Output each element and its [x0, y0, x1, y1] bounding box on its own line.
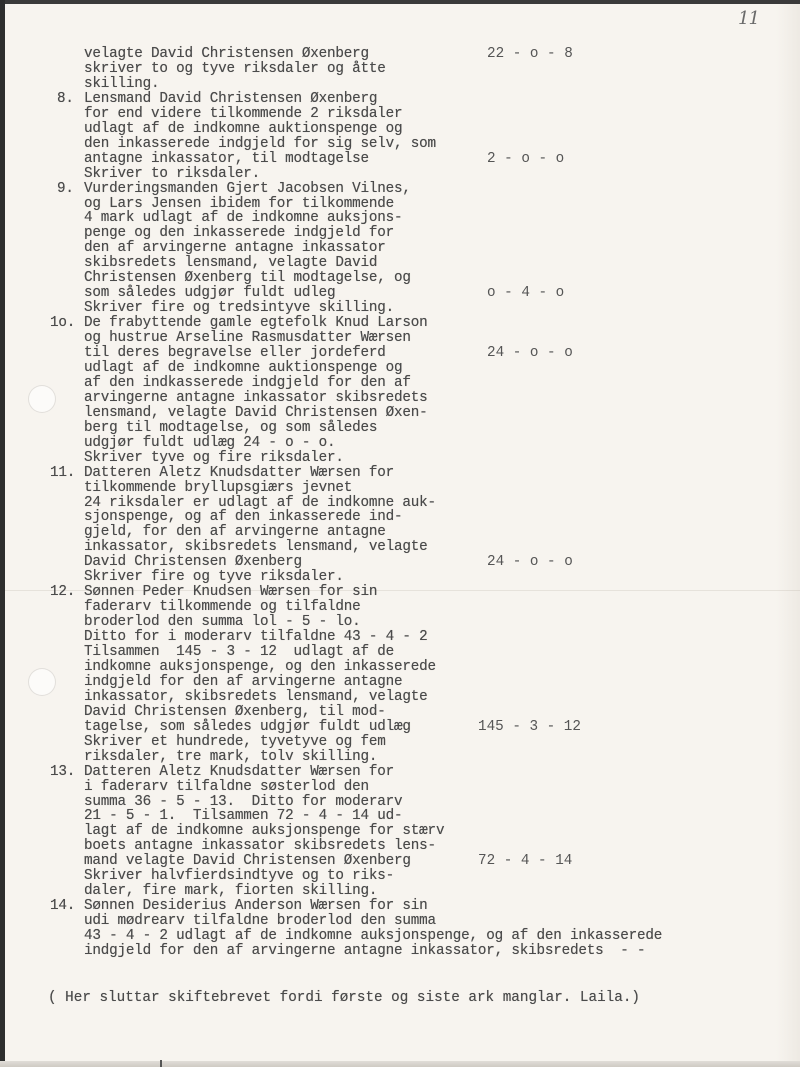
text-line: antagne inkassator, til modtagelse	[84, 152, 369, 167]
text-line: Sønnen Desiderius Anderson Wærsen for si…	[84, 899, 428, 914]
text-line: broderlod den summa lol - 5 - lo.	[84, 615, 361, 630]
item-number: 1o.	[50, 316, 75, 331]
text-line: udgjør fuldt udlæg 24 - o - o.	[84, 436, 335, 451]
text-line: lensmand, velagte David Christensen Øxen…	[84, 406, 428, 421]
punch-hole	[28, 668, 56, 696]
text-line: David Christensen Øxenberg, til mod-	[84, 705, 386, 720]
text-line: i faderarv tilfaldne søsterlod den	[84, 780, 369, 795]
amount: 24 - o - o	[487, 555, 573, 570]
text-line: tilkommende bryllupsgiærs jevnet	[84, 481, 352, 496]
text-line: skriver to og tyve riksdaler og åtte	[84, 62, 386, 77]
amount: 145 - 3 - 12	[478, 720, 581, 735]
item-number: 12.	[50, 585, 75, 600]
item-number: 14.	[50, 899, 75, 914]
text-line: udi mødrearv tilfaldne broderlod den sum…	[84, 914, 436, 929]
text-line: skilling.	[84, 77, 159, 92]
text-line: Christensen Øxenberg til modtagelse, og	[84, 271, 411, 286]
text-line: for end videre tilkommende 2 riksdaler	[84, 107, 402, 122]
scan-edge-top	[0, 0, 800, 4]
amount: 22 - o - 8	[487, 47, 573, 62]
text-line: arvingerne antagne inkassator skibsredet…	[84, 391, 428, 406]
page-number: 11	[738, 8, 759, 29]
text-line: Skriver tyve og fire riksdaler.	[84, 451, 344, 466]
text-line: inkassator, skibsredets lensmand, velagt…	[84, 690, 428, 705]
text-line: indkomne auksjonspenge, og den inkassere…	[84, 660, 436, 675]
text-line: udlagt af de indkomne auktionspenge og	[84, 122, 402, 137]
item-number: 8.	[57, 92, 74, 107]
text-line: berg til modtagelse, og som således	[84, 421, 377, 436]
text-line: indgjeld for den af arvingerne antagne	[84, 675, 402, 690]
text-line: De frabyttende gamle egtefolk Knud Larso…	[84, 316, 428, 331]
scan-edge-bottom	[0, 1061, 800, 1067]
text-line: til deres begravelse eller jordeferd	[84, 346, 386, 361]
text-line: Sønnen Peder Knudsen Wærsen for sin	[84, 585, 377, 600]
text-line: velagte David Christensen Øxenberg	[84, 47, 369, 62]
text-line: Vurderingsmanden Gjert Jacobsen Vilnes,	[84, 182, 411, 197]
text-line: daler, fire mark, fiorten skilling.	[84, 884, 377, 899]
text-line: Lensmand David Christensen Øxenberg	[84, 92, 377, 107]
text-line: som således udgjør fuldt udleg	[84, 286, 335, 301]
item-number: 9.	[57, 182, 74, 197]
item-number: 13.	[50, 765, 75, 780]
text-line: Datteren Aletz Knudsdatter Wærsen for	[84, 466, 394, 481]
text-line: 43 - 4 - 2 udlagt af de indkomne auksjon…	[84, 929, 662, 944]
text-line: Datteren Aletz Knudsdatter Wærsen for	[84, 765, 394, 780]
punch-hole	[28, 385, 56, 413]
scan-edge-mark	[160, 1060, 162, 1067]
text-line: Skriver halvfierdsindtyve og to riks-	[84, 869, 394, 884]
text-line: riksdaler, tre mark, tolv skilling.	[84, 750, 377, 765]
text-line: Skriver fire og tredsintyve skilling.	[84, 301, 394, 316]
paper-shadow	[776, 4, 800, 1061]
amount: o - 4 - o	[487, 286, 564, 301]
text-line: Skriver et hundrede, tyvetyve og fem	[84, 735, 386, 750]
item-number: 11.	[50, 466, 75, 481]
text-line: Ditto for i moderarv tilfaldne 43 - 4 - …	[84, 630, 428, 645]
text-line: tagelse, som således udgjør fuldt udlæg	[84, 720, 411, 735]
amount: 24 - o - o	[487, 346, 573, 361]
scanned-document-page: 11 velagte David Christensen Øxenbergskr…	[0, 0, 800, 1067]
text-line: Skriver fire og tyve riksdaler.	[84, 570, 344, 585]
amount: 72 - 4 - 14	[478, 854, 572, 869]
scan-edge-left	[0, 0, 5, 1067]
text-line: den inkasserede indgjeld for sig selv, s…	[84, 137, 436, 152]
footnote: ( Her sluttar skiftebrevet fordi første …	[48, 991, 640, 1006]
text-line: indgjeld for den af arvingerne antagne i…	[84, 944, 645, 959]
text-line: udlagt af de indkomne auktionspenge og	[84, 361, 402, 376]
text-line: Skriver to riksdaler.	[84, 167, 260, 182]
text-line: Tilsammen 145 - 3 - 12 udlagt af de	[84, 645, 394, 660]
amount: 2 - o - o	[487, 152, 564, 167]
text-line: og hustrue Arseline Rasmusdatter Wærsen	[84, 331, 411, 346]
text-line: af den indkasserede indgjeld for den af	[84, 376, 411, 391]
text-line: faderarv tilkommende og tilfaldne	[84, 600, 361, 615]
